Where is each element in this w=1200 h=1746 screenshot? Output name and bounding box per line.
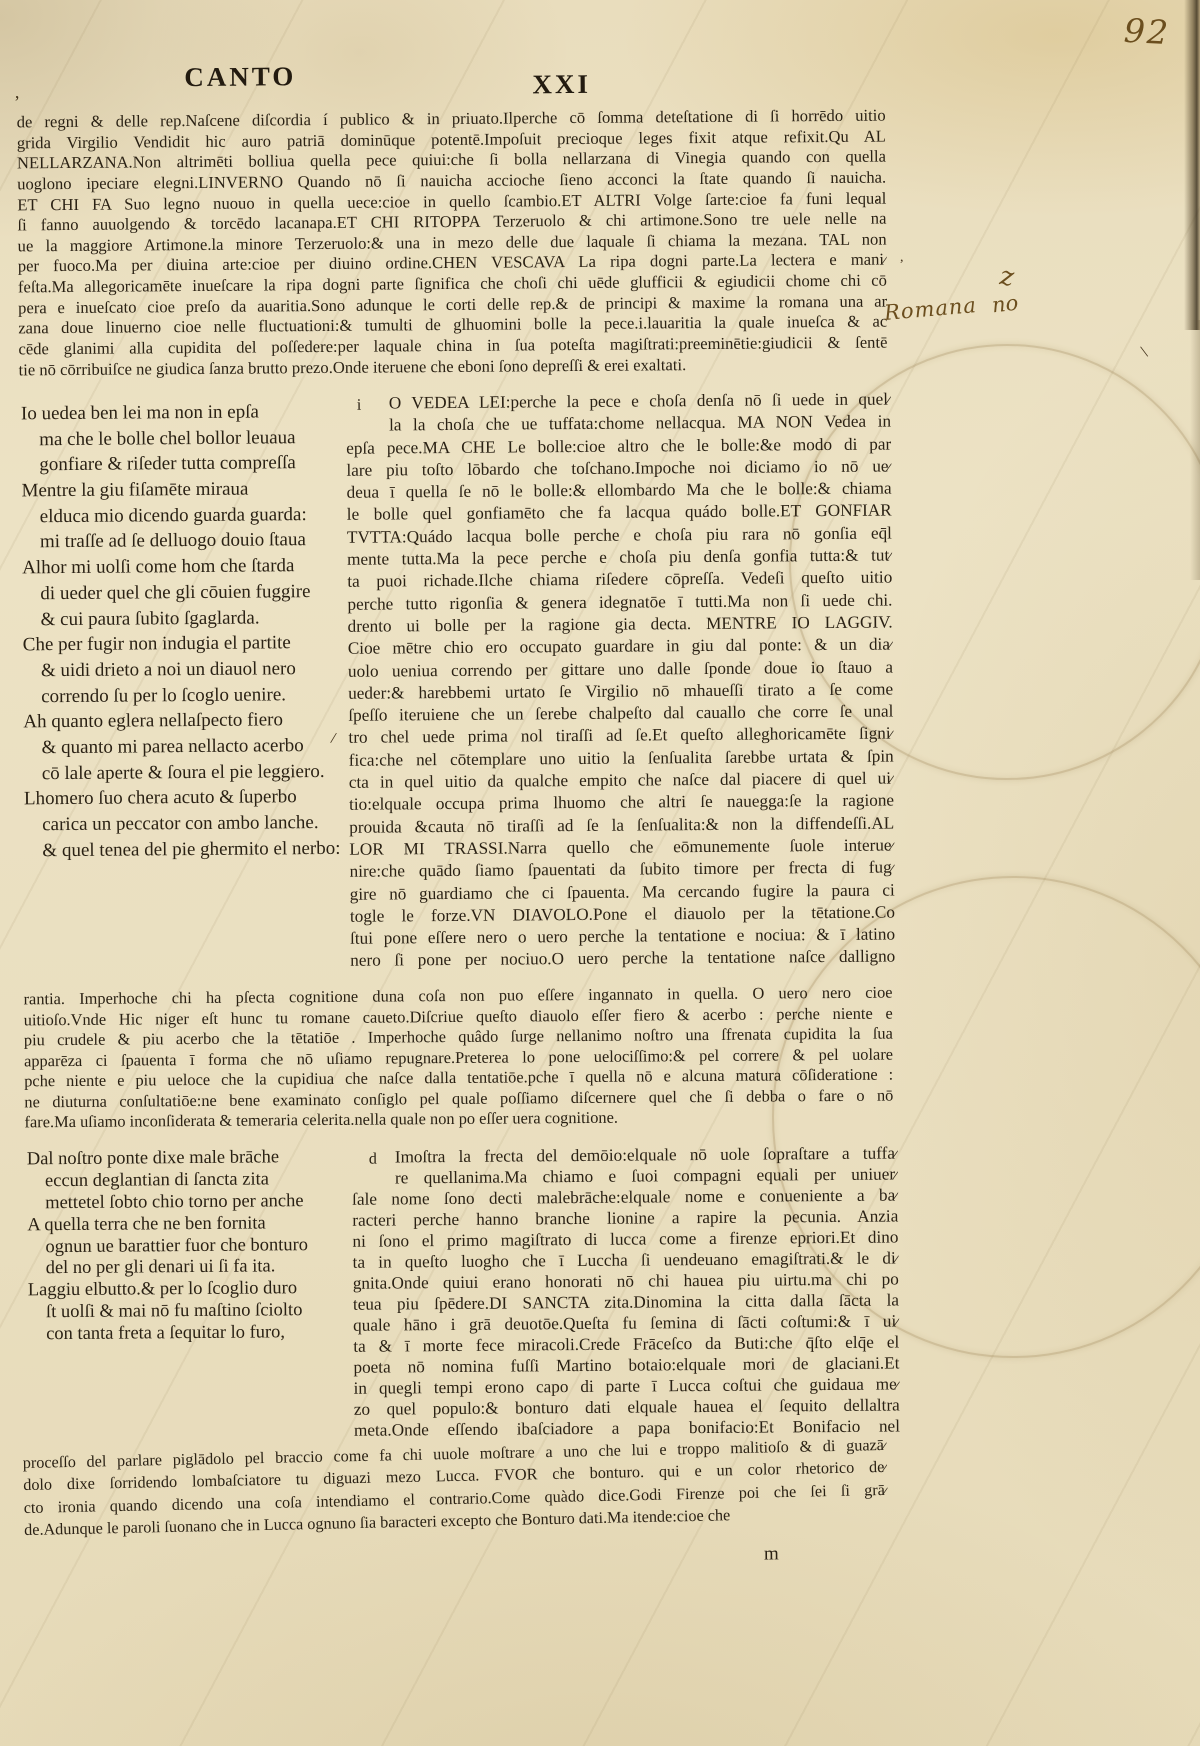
text-line: cō lale aperte & ſoura el pie leggiero. — [24, 758, 346, 786]
text-line: nero ſi pone per nociuo.O uero perche la… — [350, 946, 895, 973]
text-line: correndo ſu per lo ſcoglo uenire. — [23, 681, 345, 709]
text-line: & quel tenea del pie ghermito el nerbo: — [24, 836, 346, 864]
text-line: Che per fugir non indugia el partite — [23, 630, 345, 658]
text-line: Lhomero ſuo chera acuto & ſuperbo — [24, 784, 346, 812]
text-line: ma che le bolle chel bollor leuaua — [21, 425, 343, 453]
printed-area: CANTO XXI de regni & delle rep.Naſcene d… — [0, 0, 1200, 1746]
intro-commentary-paragraph: de regni & delle rep.Naſcene diſcordia í… — [17, 106, 888, 381]
verse-column-1: Io uedea ben lei ma non in epſama che le… — [21, 399, 347, 864]
mid-commentary-paragraph: rantia. Imperhoche chi ha pſecta cogniti… — [23, 983, 893, 1133]
verse-column-2: Dal noſtro ponte dixe male brācheeccun d… — [27, 1147, 351, 1347]
text-line: A quella terra che ne ben fornita — [27, 1212, 349, 1236]
marginal-mark-apostrophe: ’ — [14, 92, 20, 113]
text-line: carica un peccator con ambo lanche. — [24, 810, 346, 838]
marginal-mark-dot: . — [875, 185, 880, 206]
text-line: elduca mio dicendo guarda guarda: — [22, 502, 344, 530]
running-title-canto: CANTO — [184, 61, 296, 93]
text-line: Alhor mi uolſi come hom che ſtarda — [22, 553, 344, 581]
text-line: eccun deglantian di ſancta zita — [27, 1169, 349, 1193]
handwritten-folio-number: 92 — [1123, 11, 1171, 52]
scanned-book-page: CANTO XXI de regni & delle rep.Naſcene d… — [0, 0, 1200, 1746]
text-line: con tanta freta a ſequitar lo furo, — [28, 1322, 350, 1346]
text-line: Dal noſtro ponte dixe male brāche — [27, 1147, 349, 1171]
text-line: gonfiare & riſeder tutta compreſſa — [21, 450, 343, 478]
text-line: mettetel ſobto chio torno per anche — [27, 1191, 349, 1215]
bottom-commentary-paragraph: proceſſo del parlare piglādolo pel bracc… — [23, 1434, 889, 1542]
text-line: Ah quanto eglera nellaſpecto fiero — [23, 707, 345, 735]
text-line: & cui paura ſubito ſgaglarda. — [22, 604, 344, 632]
text-line: Laggiu elbutto.& per lo ſcoglio duro — [28, 1278, 350, 1302]
commentary-column-2: Imoſtra la frecta del demōio:elquale nō … — [352, 1142, 900, 1440]
handwritten-note-no: no — [991, 291, 1020, 318]
text-line: Io uedea ben lei ma non in epſa — [21, 399, 343, 427]
marginal-mark-comma: , — [900, 250, 904, 266]
text-line: Mentre la giu fiſamēte miraua — [21, 476, 343, 504]
text-line: ſt uolſi & mai nō fu maſtino ſciolto — [28, 1300, 350, 1324]
running-title-number: XXI — [532, 69, 591, 100]
text-line: di ueder quel che gli cōuien fuggire — [22, 579, 344, 607]
text-line: & quanto mi parea nellacto acerbo — [23, 733, 345, 761]
text-line: mi traſſe ad ſe delluogo douio ſtaua — [22, 527, 344, 555]
text-line: del no per gli denari ui ſi fa ita. — [28, 1256, 350, 1280]
catchword: m — [764, 1543, 779, 1565]
text-line: ognun ue barattier fuor che bonturo — [27, 1234, 349, 1258]
text-line: & uidi drieto a noi un diauol nero — [23, 656, 345, 684]
commentary-column-1: O VEDEA LEI:perche la pece e choſa denſa… — [346, 389, 896, 973]
